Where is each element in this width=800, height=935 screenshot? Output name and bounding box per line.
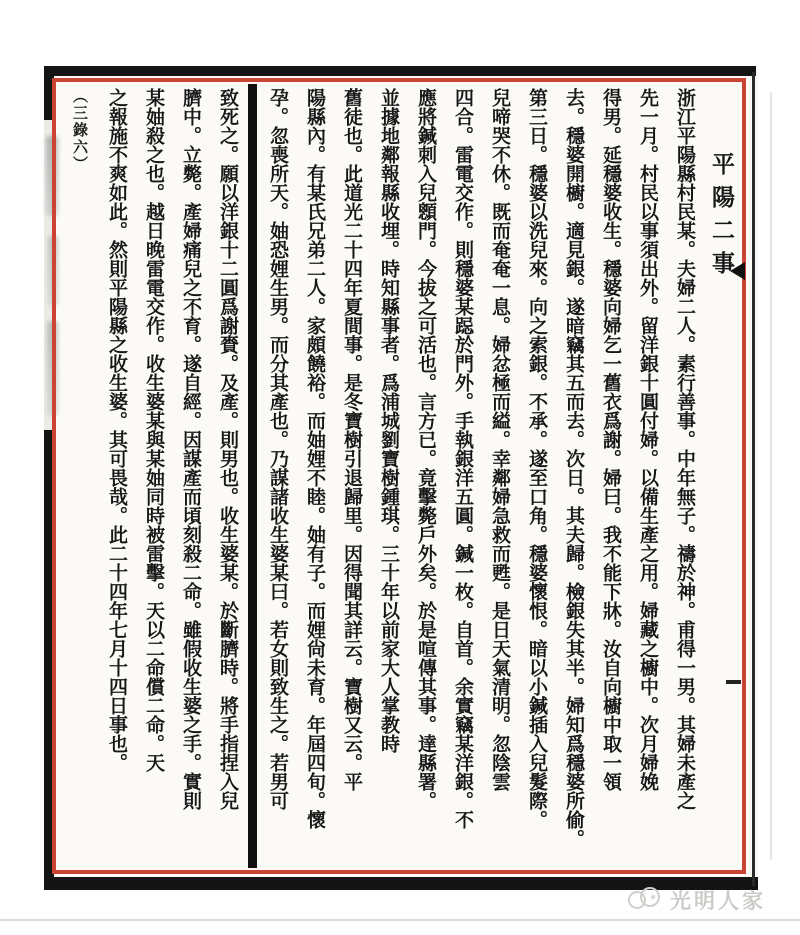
text-column: 舊徒也。此道光二十四年夏間事。是冬寶樹引退歸里。因得聞其詳云。寶樹又云。平 bbox=[333, 88, 370, 870]
text-column: 兒啼哭不休。既而奄奄一息。婦忿極而縊。幸鄰婦急救而甦。是日天氣清明。忽陰雲 bbox=[481, 88, 518, 870]
volume-side-label: （三錄六） bbox=[61, 88, 98, 870]
column-divider bbox=[248, 84, 257, 868]
frame-border-top bbox=[46, 66, 756, 76]
watermark-logo-icon bbox=[626, 884, 664, 916]
watermark-text: 光明人家 bbox=[670, 885, 766, 915]
scan-edge-right bbox=[770, 92, 772, 860]
scan-edge-bottom bbox=[0, 919, 800, 921]
left-text-block: 致死之。願以洋銀十二圓爲謝賚。及產。則男也。收生婆某。於斷臍時。將手指捏入兒 臍… bbox=[60, 88, 246, 870]
text-column: 臍中。立斃。產婦痛兒之不育。遂自經。因謀產而頃刻殺二命。雖假收生婆之手。實則 bbox=[172, 88, 209, 870]
text-column: 得男。延穩婆收生。穩婆向婦乞一舊衣爲謝。婦曰。我不能下牀。汝自向櫥中取一領 bbox=[592, 88, 629, 870]
text-column: 致死之。願以洋銀十二圓爲謝賚。及產。則男也。收生婆某。於斷臍時。將手指捏入兒 bbox=[209, 88, 246, 870]
watermark: 光明人家 bbox=[626, 884, 766, 916]
page-title: 平陽二事 bbox=[703, 88, 740, 870]
text-column: 孕。忽喪所天。妯恐娌生男。而分其產也。乃謀諸收生婆某曰。若女則致生之。若男可 bbox=[259, 88, 296, 870]
text-column: 四合。雷電交作。則穩婆某跽於門外。手執銀洋五圓。鍼一枚。自首。余實竊某洋銀。不 bbox=[444, 88, 481, 870]
text-column: 去。穩婆開櫥。適見銀。遂暗竊其五而去。次日。其夫歸。檢銀失其半。婦知爲穩婆所偷。 bbox=[555, 88, 592, 870]
text-column: 之報施不爽如此。然則平陽縣之收生婆。其可畏哉。此二十四年七月十四日事也。 bbox=[98, 88, 135, 870]
text-column: 某妯殺之也。越日晚雷電交作。收生婆某與某妯同時被雷擊。天以二命償二命。天 bbox=[135, 88, 172, 870]
text-column: 第三日。穩婆以洗兒來。向之索銀。不承。遂至口角。穩婆懷恨。暗以小鍼插入兒髮際。 bbox=[518, 88, 555, 870]
frame-border-right bbox=[752, 72, 755, 886]
text-column: 應將鍼刺入兒顖門。今拔之可活也。言方已。竟擊斃戶外矣。於是喧傳其事。達縣署。 bbox=[407, 88, 444, 870]
text-column: 先一月。村民以事須出外。留洋銀十圓付婦。以備生產之用。婦藏之櫥中。次月婦娩 bbox=[629, 88, 666, 870]
text-column: 陽縣內。有某氏兄弟二人。家頗饒裕。而妯娌不睦。妯有子。而娌尙未育。年屆四旬。懷 bbox=[296, 88, 333, 870]
text-column: 浙江平陽縣村民某。夫婦二人。素行善事。中年無子。禱於神。甫得一男。其婦未產之 bbox=[666, 88, 703, 870]
page-frame: 平陽二事 浙江平陽縣村民某。夫婦二人。素行善事。中年無子。禱於神。甫得一男。其婦… bbox=[44, 66, 758, 890]
scanned-book-page: 平陽二事 浙江平陽縣村民某。夫婦二人。素行善事。中年無子。禱於神。甫得一男。其婦… bbox=[0, 0, 800, 935]
text-column: 並據地鄰報縣收埋。時知縣事者。爲浦城劉寶樹鍾琪。三十年以前家大人掌教時 bbox=[370, 88, 407, 870]
right-text-block: 平陽二事 浙江平陽縣村民某。夫婦二人。素行善事。中年無子。禱於神。甫得一男。其婦… bbox=[258, 88, 740, 870]
